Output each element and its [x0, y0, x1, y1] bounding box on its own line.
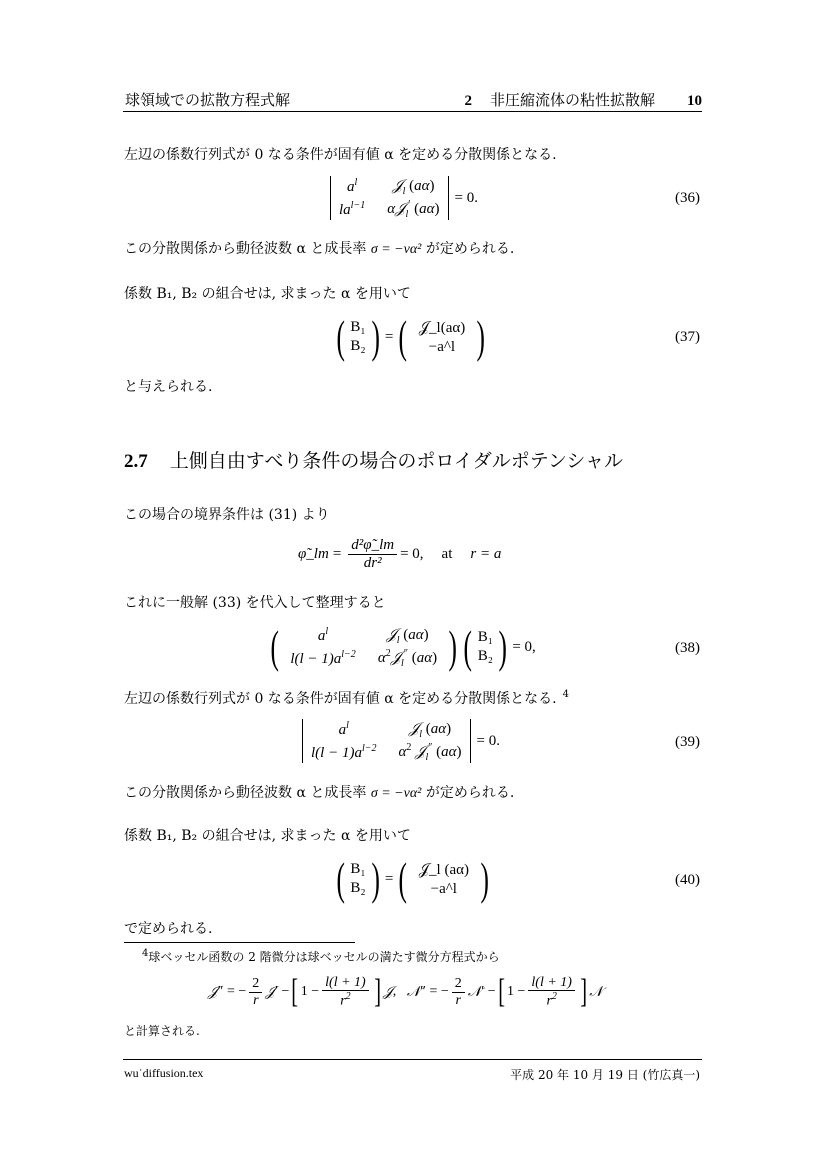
paragraph-given: と与えられる. [124, 376, 212, 396]
vec-entry: B₁ [350, 319, 365, 336]
frac-num: d²φ̃_lm [348, 537, 397, 555]
page-number: 10 [687, 93, 702, 109]
footnote-after: と計算される. [124, 1022, 200, 1039]
paragraph-determined: で定められる. [124, 918, 212, 938]
second-derivative-fraction: d²φ̃_lm dr² [348, 537, 397, 571]
paragraph-coefficients-2: 係数 B₁, B₂ の組合せは, 求まった α を用いて [124, 825, 411, 845]
vec-entry: B₂ [478, 648, 493, 665]
equation-boundary-condition: φ̃_lm = d²φ̃_lm dr² = 0, at r = a [298, 537, 501, 571]
footer-rule [123, 1059, 702, 1060]
text: この分散関係から動径波数 α と成長率 [124, 785, 366, 801]
footnote-text: 球ベッセル函数の 2 階微分は球ベッセルの満たす微分方程式から [148, 950, 499, 964]
vec-entry: B₁ [478, 629, 493, 646]
paragraph-dispersion-1: 左辺の係数行列式が 0 なる条件が固有値 α を定める分散関係となる. [124, 144, 557, 164]
equation-37: ( B₁ B₂ ) = ( 𝒥_l(aα) −a^l ) [333, 314, 489, 360]
equation-38: ( al𝒥l (aα) l(l − 1)al−2α2𝒥l″ (aα) ) ( B… [267, 624, 536, 670]
vec-entry: −a^l [419, 339, 466, 356]
growth-rate-formula: σ = −να² [371, 786, 422, 801]
text: 左辺の係数行列式が 0 なる条件が固有値 α を定める分散関係となる. [124, 691, 557, 707]
vec-entry: B₂ [350, 880, 365, 897]
vec-entry: B₁ [350, 861, 365, 878]
eq38-rhs: = 0, [512, 639, 535, 656]
equation-number-36: (36) [675, 190, 700, 207]
bc-at: at [442, 546, 453, 563]
footnote-marker[interactable]: 4 [563, 689, 569, 700]
vec-entry: −a^l [419, 881, 469, 898]
footnote-equation: 𝒥″ = −2r𝒥′ − [1 − l(l + 1)r2] 𝒥, 𝒩″ = −2… [208, 975, 603, 1009]
text: が定められる. [426, 241, 514, 257]
section-heading-2-7: 2.7上側自由すべり条件の場合のポロイダルポテンシャル [124, 446, 623, 473]
text: この分散関係から動径波数 α と成長率 [124, 241, 366, 257]
determinant-36: al𝒥l (aα) lal−1α𝒥l′ (aα) [330, 176, 449, 220]
footnote-rule [124, 942, 355, 943]
header-rule [123, 111, 702, 112]
footnote-4: 4球ベッセル函数の 2 階微分は球ベッセルの満たす微分方程式から [142, 948, 500, 965]
running-header-title: 球領域での拡散方程式解 [125, 89, 290, 110]
equation-39: al𝒥l (aα) l(l − 1)al−2α2 𝒥l″ (aα) = 0. [302, 719, 500, 763]
paragraph-coefficients-1: 係数 B₁, B₂ の組合せは, 求まった α を用いて [124, 283, 411, 303]
vector-B-40: B₁ B₂ [348, 861, 367, 897]
footer-filename: wu˙diffusion.tex [124, 1066, 203, 1081]
equation-number-39: (39) [675, 734, 700, 751]
growth-rate-formula: σ = −να² [371, 242, 422, 257]
paragraph-growth-rate-1: この分散関係から動径波数 α と成長率 σ = −να² が定められる. [124, 238, 514, 258]
paragraph-substitute: これに一般解 (33) を代入して整理すると [124, 592, 386, 612]
equation-36: al𝒥l (aα) lal−1α𝒥l′ (aα) = 0. [330, 176, 478, 220]
running-header-section: 2非圧縮流体の粘性拡散解10 [464, 89, 702, 110]
vec-entry: B₂ [350, 338, 365, 355]
bc-condition: r = a [470, 546, 501, 563]
footer-date-author: 平成 20 年 10 月 19 日 (竹広真一) [510, 1066, 700, 1083]
eq39-rhs: = 0. [477, 733, 500, 750]
vec-entry: 𝒥_l (aα) [419, 861, 469, 879]
header-section-number: 2 [464, 93, 472, 109]
matrix-38: al𝒥l (aα) l(l − 1)al−2α2𝒥l″ (aα) [282, 625, 445, 669]
equation-number-40: (40) [675, 872, 700, 889]
section-title: 上側自由すべり条件の場合のポロイダルポテンシャル [170, 450, 623, 472]
paragraph-growth-rate-2: この分散関係から動径波数 α と成長率 σ = −να² が定められる. [124, 782, 514, 802]
vector-rhs-40: 𝒥_l (aα) −a^l [411, 861, 477, 898]
determinant-39: al𝒥l (aα) l(l − 1)al−2α2 𝒥l″ (aα) [302, 719, 471, 763]
bc-lhs: φ̃_lm [298, 546, 329, 563]
vector-B-38: B₁ B₂ [476, 629, 495, 665]
vector-B: B₁ B₂ [348, 319, 367, 355]
frac-den: dr² [361, 555, 385, 572]
bc-rhs: = 0, [400, 546, 423, 563]
equation-number-38: (38) [675, 640, 700, 657]
eq36-rhs: = 0. [455, 190, 478, 207]
vector-rhs: 𝒥_l(aα) −a^l [411, 319, 474, 356]
equation-number-37: (37) [675, 329, 700, 346]
text: が定められる. [426, 785, 514, 801]
equation-40: ( B₁ B₂ ) = ( 𝒥_l (aα) −a^l ) [333, 856, 492, 902]
section-number: 2.7 [124, 451, 148, 472]
vec-entry: 𝒥_l(aα) [419, 319, 466, 337]
header-section-title: 非圧縮流体の粘性拡散解 [490, 91, 655, 109]
paragraph-boundary-condition: この場合の境界条件は (31) より [124, 504, 330, 524]
paragraph-dispersion-2: 左辺の係数行列式が 0 なる条件が固有値 α を定める分散関係となる.4 [124, 688, 569, 708]
